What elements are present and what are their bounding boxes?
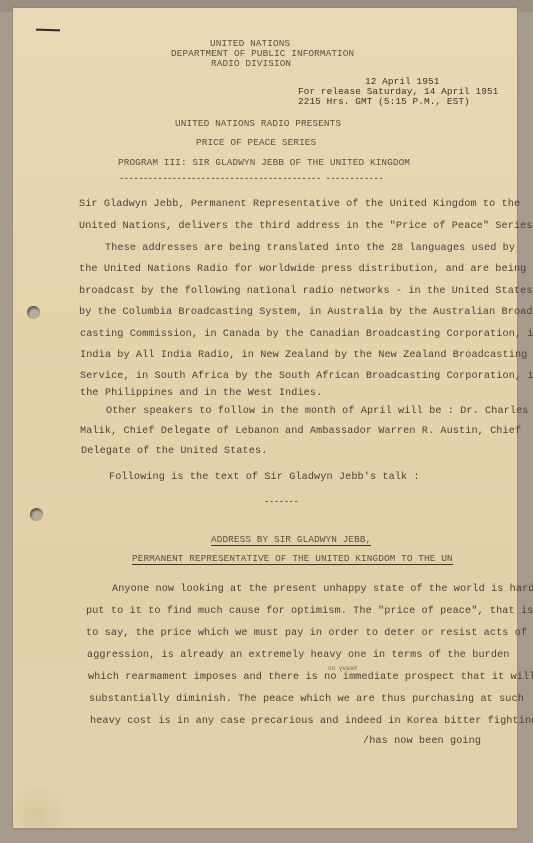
intro-line: Service, in South Africa by the South Af… (80, 371, 533, 382)
intro-line: Following is the text of Sir Gladwyn Jeb… (109, 472, 420, 483)
intro-line: United Nations, delivers the third addre… (79, 221, 533, 232)
punch-hole-upper (27, 306, 40, 319)
intro-line: These addresses are being translated int… (105, 243, 515, 254)
speech-line: substantially diminish. The peace which … (89, 694, 524, 705)
speech-line: put to it to find much cause for optimis… (86, 606, 533, 617)
series-title: PRICE OF PEACE SERIES (196, 137, 316, 148)
intro-line: casting Commission, in Canada by the Can… (80, 329, 533, 340)
speech-line: aggression, is already an extremely heav… (87, 650, 510, 661)
speech-line: heavy cost is in any case precarious and… (90, 716, 533, 727)
paper-stain (13, 788, 73, 828)
typewritten-page (13, 8, 517, 829)
speech-line: which rearmament imposes and there is no… (88, 672, 533, 683)
release-time: 2215 Hrs. GMT (5:15 P.M., EST) (298, 96, 470, 107)
presents-title: UNITED NATIONS RADIO PRESENTS (175, 118, 341, 129)
speech-line: to say, the price which we must pay in o… (86, 628, 527, 639)
letterhead-division: RADIO DIVISION (211, 58, 291, 69)
address-heading-line1: ADDRESS BY SIR GLADWYN JEBB, (211, 534, 371, 546)
intro-line: Other speakers to follow in the month of… (106, 406, 529, 417)
continuation-note: /has now been going (363, 736, 481, 747)
punch-hole-lower (30, 508, 43, 521)
intro-line: broadcast by the following national radi… (79, 286, 533, 297)
intro-line: Delegate of the United States. (81, 446, 267, 457)
intro-line: India by All India Radio, in New Zealand… (80, 350, 527, 361)
intro-line: Sir Gladwyn Jebb, Permanent Representati… (79, 199, 520, 210)
program-title: PROGRAM III: SIR GLADWYN JEBB OF THE UNI… (118, 157, 410, 168)
program-underline: ----------------------------------------… (119, 174, 383, 184)
overtyped-fragment: heavy on (328, 665, 357, 672)
speech-line: Anyone now looking at the present unhapp… (112, 584, 533, 595)
address-heading-line2: PERMANENT REPRESENTATIVE OF THE UNITED K… (132, 553, 453, 565)
intro-line: the United Nations Radio for worldwide p… (79, 264, 526, 275)
section-separator: ------- (264, 497, 298, 507)
intro-line: Malik, Chief Delegate of Lebanon and Amb… (80, 426, 521, 437)
intro-line: the Philippines and in the West Indies. (80, 388, 322, 399)
intro-line: by the Columbia Broadcasting System, in … (79, 307, 533, 318)
